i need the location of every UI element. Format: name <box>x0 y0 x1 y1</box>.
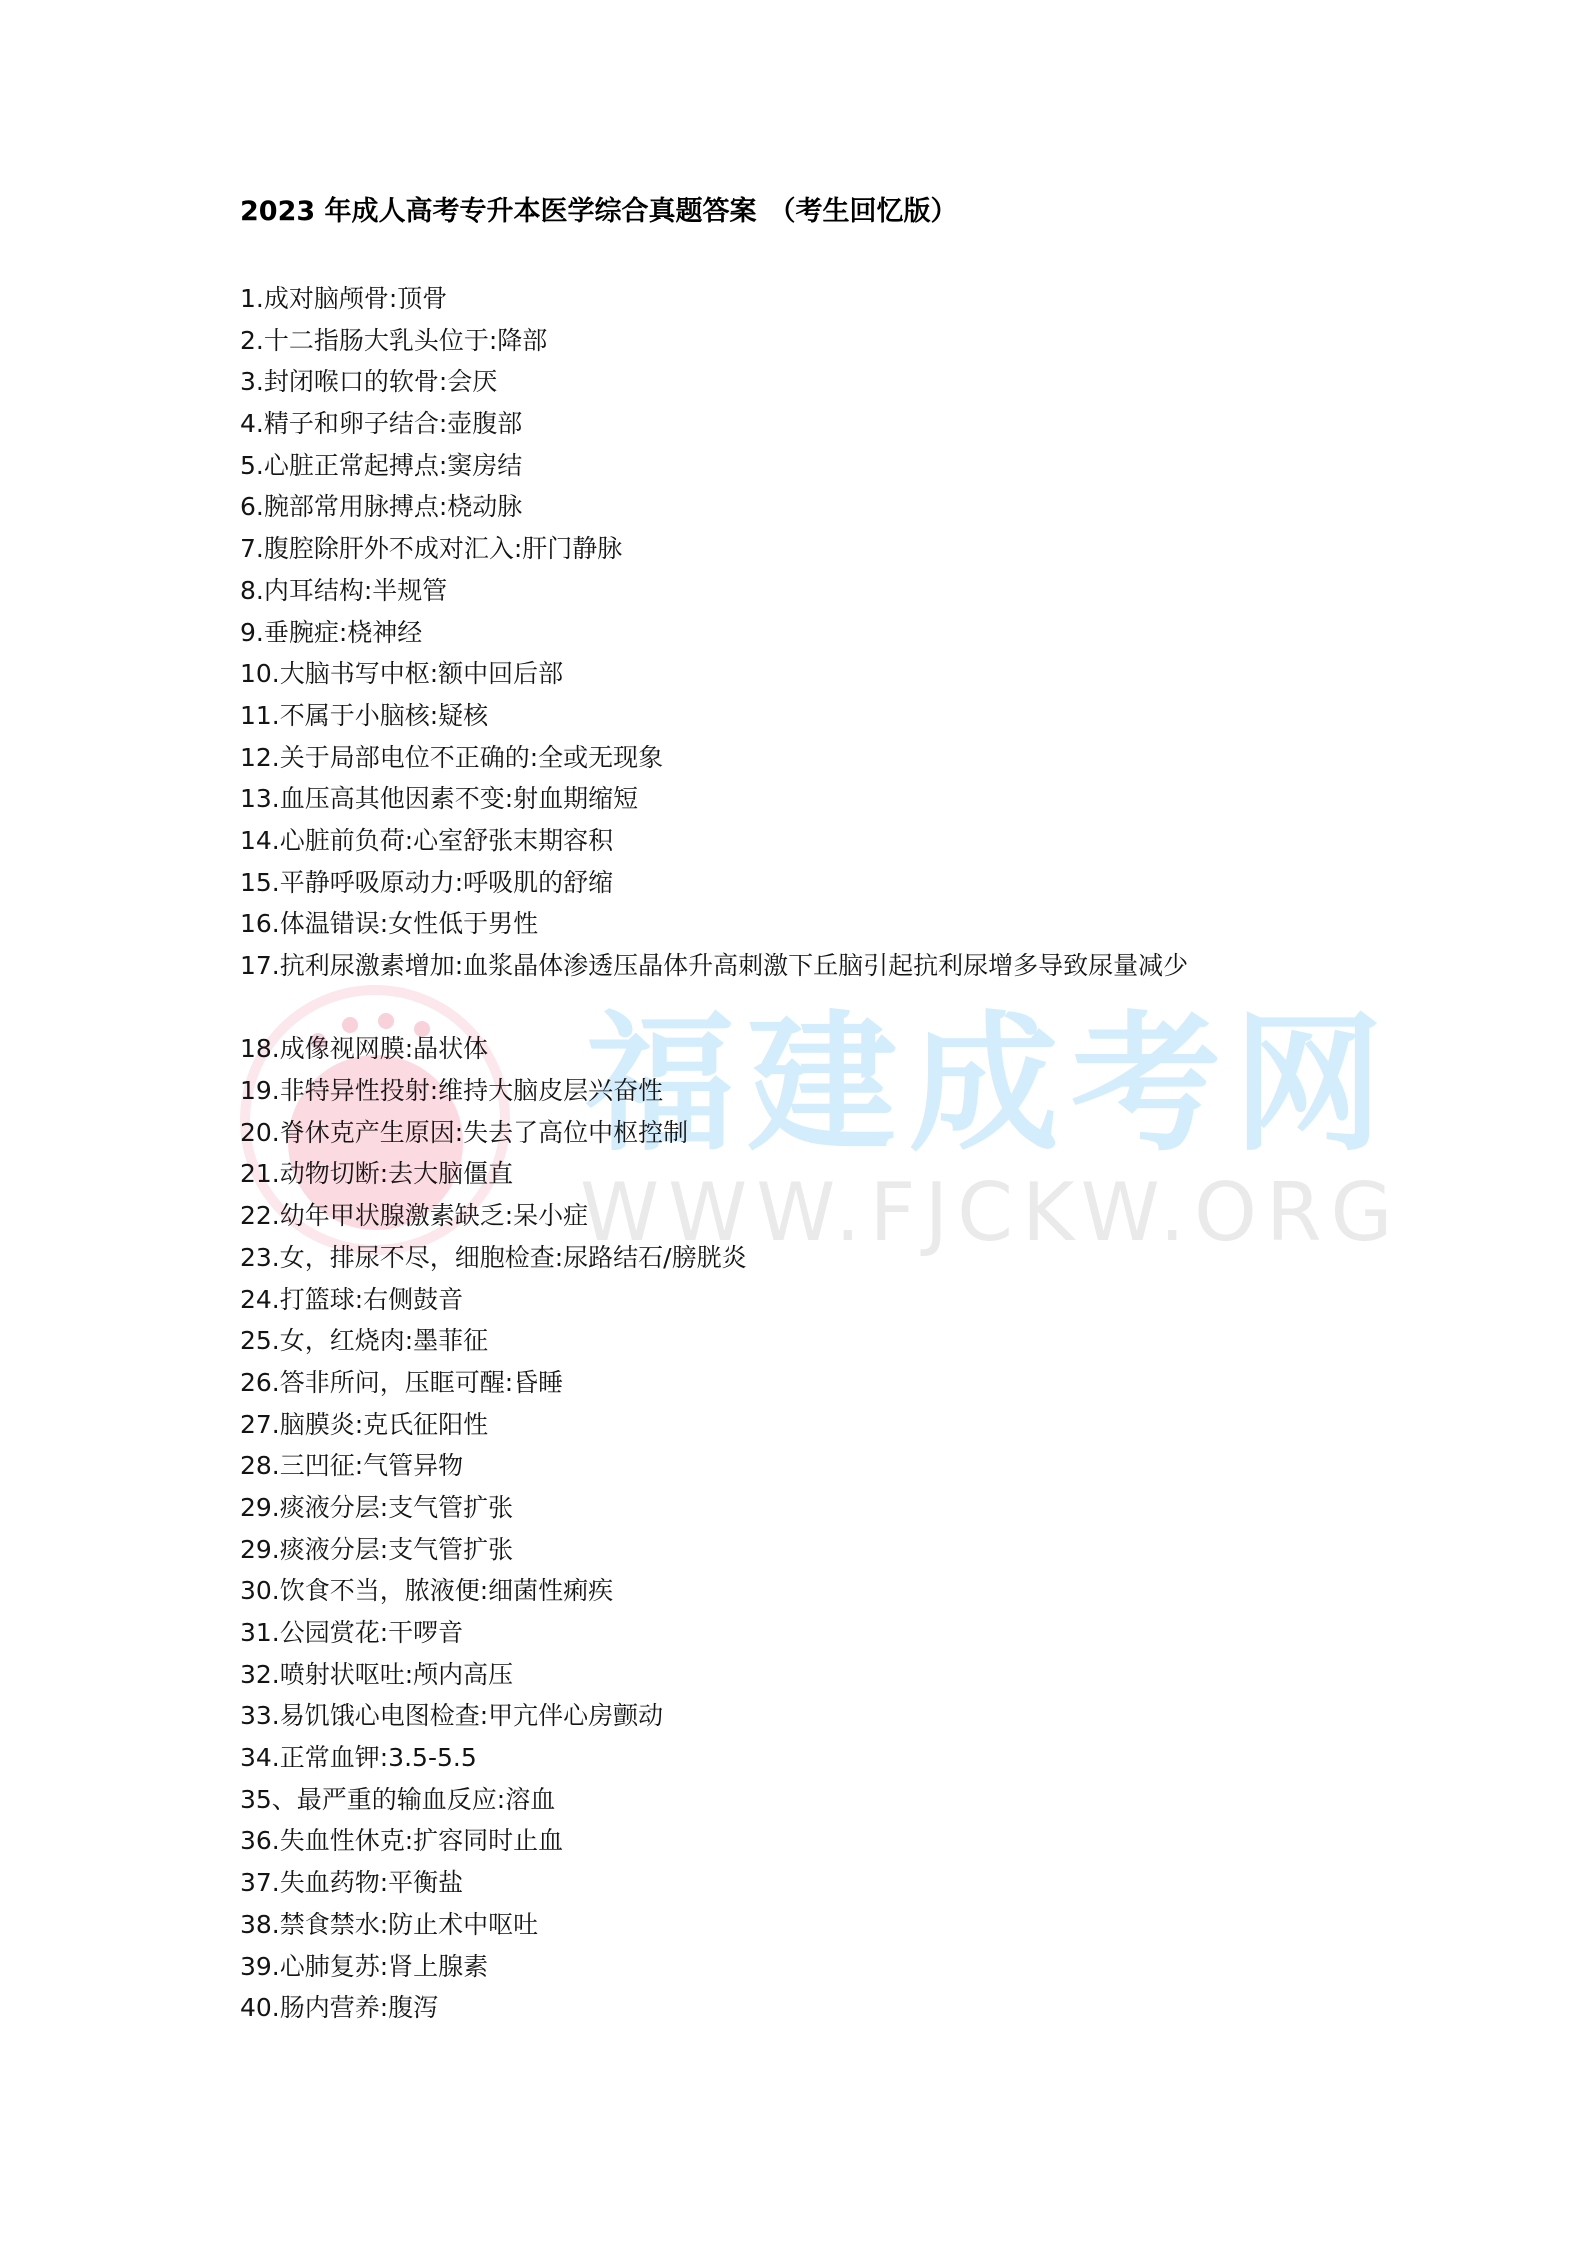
answer-item: 35、最严重的输血反应:溶血 <box>240 1779 1240 1821</box>
answer-item: 6.腕部常用脉搏点:桡动脉 <box>240 486 1240 528</box>
answer-item: 39.心肺复苏:肾上腺素 <box>240 1946 1240 1988</box>
answer-item: 10.大脑书写中枢:额中回后部 <box>240 653 1240 695</box>
answer-item: 16.体温错误:女性低于男性 <box>240 903 1240 945</box>
answer-item: 17.抗利尿激素增加:血浆晶体渗透压晶体升高刺激下丘脑引起抗利尿增多导致尿量减少 <box>240 945 1230 1028</box>
document-page: 福建成考网 WWW.FJCKW.ORG 2023 年成人高考专升本医学综合真题答… <box>0 0 1587 2245</box>
answer-item: 36.失血性休克:扩容同时止血 <box>240 1820 1240 1862</box>
answer-item: 29.痰液分层:支气管扩张 <box>240 1529 1240 1571</box>
answer-item: 3.封闭喉口的软骨:会厌 <box>240 361 1240 403</box>
answer-item: 38.禁食禁水:防止术中呕吐 <box>240 1904 1240 1946</box>
answer-item: 27.脑膜炎:克氏征阳性 <box>240 1404 1240 1446</box>
answer-item: 26.答非所问，压眶可醒:昏睡 <box>240 1362 1240 1404</box>
answer-item: 19.非特异性投射:维持大脑皮层兴奋性 <box>240 1070 1240 1112</box>
answer-item: 1.成对脑颅骨:顶骨 <box>240 278 1240 320</box>
answer-item: 37.失血药物:平衡盐 <box>240 1862 1240 1904</box>
answer-item: 40.肠内营养:腹泻 <box>240 1987 1240 2029</box>
answer-item: 32.喷射状呕吐:颅内高压 <box>240 1654 1240 1696</box>
answer-item: 25.女，红烧肉:墨菲征 <box>240 1320 1240 1362</box>
document-title: 2023 年成人高考专升本医学综合真题答案（考生回忆版） <box>240 194 958 230</box>
answer-item: 20.脊休克产生原因:失去了高位中枢控制 <box>240 1112 1240 1154</box>
answer-item: 9.垂腕症:桡神经 <box>240 612 1240 654</box>
answer-list: 1.成对脑颅骨:顶骨 2.十二指肠大乳头位于:降部 3.封闭喉口的软骨:会厌 4… <box>240 278 1240 2029</box>
answer-item: 5.心脏正常起搏点:窦房结 <box>240 445 1240 487</box>
answer-item: 8.内耳结构:半规管 <box>240 570 1240 612</box>
answer-item: 15.平静呼吸原动力:呼吸肌的舒缩 <box>240 862 1240 904</box>
answer-item: 21.动物切断:去大脑僵直 <box>240 1153 1240 1195</box>
answer-item: 12.关于局部电位不正确的:全或无现象 <box>240 737 1240 779</box>
answer-item: 13.血压高其他因素不变:射血期缩短 <box>240 778 1240 820</box>
answer-item: 4.精子和卵子结合:壶腹部 <box>240 403 1240 445</box>
answer-item: 11.不属于小脑核:疑核 <box>240 695 1240 737</box>
title-suffix: （考生回忆版） <box>769 196 958 227</box>
title-main: 2023 年成人高考专升本医学综合真题答案 <box>240 196 757 227</box>
answer-item: 2.十二指肠大乳头位于:降部 <box>240 320 1240 362</box>
answer-item: 31.公园赏花:干啰音 <box>240 1612 1240 1654</box>
answer-item: 22.幼年甲状腺激素缺乏:呆小症 <box>240 1195 1240 1237</box>
answer-item: 34.正常血钾:3.5-5.5 <box>240 1737 1240 1779</box>
answer-item: 24.打篮球:右侧鼓音 <box>240 1279 1240 1321</box>
answer-item: 23.女，排尿不尽，细胞检查:尿路结石/膀胱炎 <box>240 1237 1240 1279</box>
answer-item: 28.三凹征:气管异物 <box>240 1445 1240 1487</box>
answer-item: 18.成像视网膜:晶状体 <box>240 1028 1240 1070</box>
answer-item: 29.痰液分层:支气管扩张 <box>240 1487 1240 1529</box>
answer-item: 33.易饥饿心电图检查:甲亢伴心房颤动 <box>240 1695 1240 1737</box>
answer-item: 7.腹腔除肝外不成对汇入:肝门静脉 <box>240 528 1240 570</box>
answer-item: 14.心脏前负荷:心室舒张末期容积 <box>240 820 1240 862</box>
answer-item: 30.饮食不当，脓液便:细菌性痢疾 <box>240 1570 1240 1612</box>
